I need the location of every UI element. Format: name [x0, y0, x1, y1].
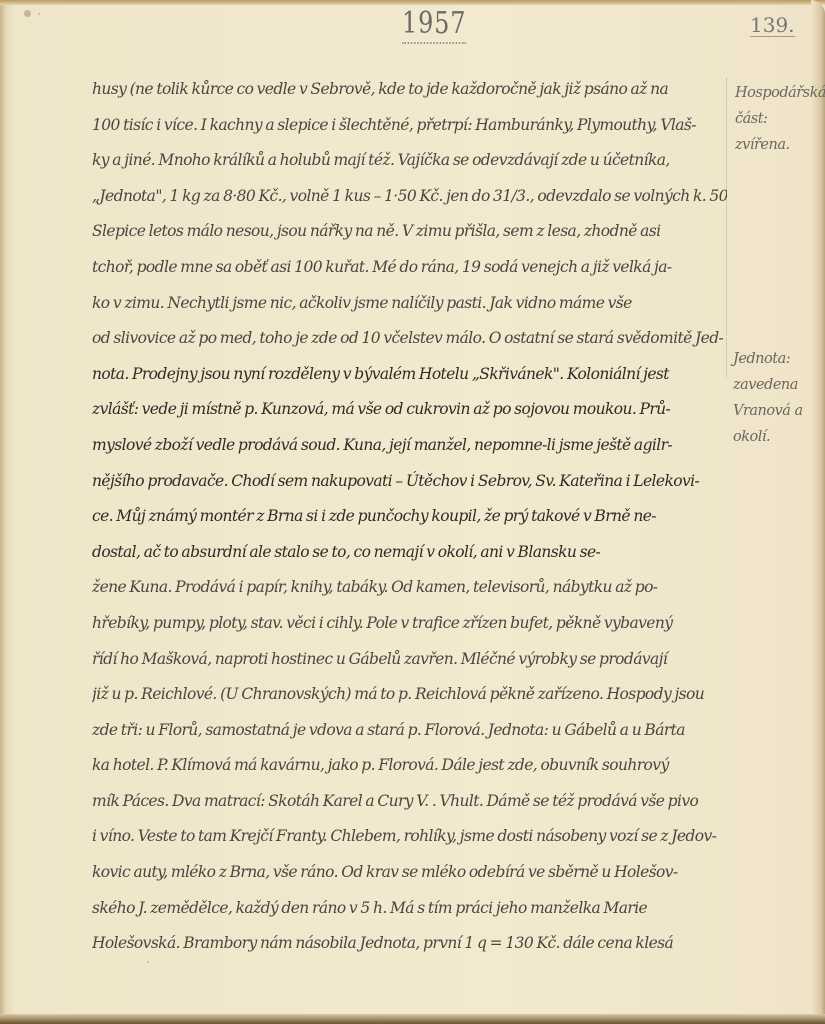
text-line: myslové zboží vedle prodává soud. Kuna, …	[92, 428, 727, 464]
text-line: ce. Můj známý montér z Brna si i zde pun…	[92, 499, 727, 535]
text-line: 100 tisíc i více. I kachny a slepice i š…	[92, 108, 727, 144]
margin-note-line: Vranová a	[733, 398, 803, 424]
margin-note-line: zavedena	[733, 372, 803, 398]
paper-stain	[38, 13, 40, 15]
text-line: dostal, ač to absurdní ale stalo se to, …	[92, 535, 727, 571]
text-line: „Jednota", 1 kg za 8·80 Kč., volně 1 kus…	[92, 179, 727, 215]
text-line: nějšího prodavače. Chodí sem nakupovati …	[92, 464, 727, 500]
text-line: od slivovice až po med, toho je zde od 1…	[92, 321, 727, 357]
text-line: zde tři: u Florů, samostatná je vdova a …	[92, 713, 727, 749]
page-number: 139.	[750, 14, 795, 37]
margin-note-line: okolí.	[733, 424, 803, 450]
text-line: i víno. Veste to tam Krejčí Franty. Chle…	[92, 819, 727, 855]
margin-note-line: Hospodářská	[735, 80, 825, 106]
text-line: mík Páces. Dva matrací: Skotáh Karel a C…	[92, 784, 727, 820]
text-line: ského J. zemědělce, každý den ráno v 5 h…	[92, 891, 727, 927]
text-line: ka hotel. P. Klímová má kavárnu, jako p.…	[92, 748, 727, 784]
margin-note-farming: Hospodářská část: zvířena.	[735, 80, 825, 158]
notebook-page: 1957 139. husy (ne tolik kůrce co vedle …	[0, 0, 825, 1024]
text-line: řídí ho Mašková, naproti hostinec u Gábe…	[92, 642, 727, 678]
text-line: hřebíky, pumpy, ploty, stav. věci i cihl…	[92, 606, 727, 642]
text-line: žene Kuna. Prodává i papír, knihy, tabák…	[92, 570, 727, 606]
text-line: již u p. Reichlové. (U Chranovských) má …	[92, 677, 727, 713]
text-line: ky a jiné. Mnoho králíků a holubů mají t…	[92, 143, 727, 179]
text-line: Slepice letos málo nesou, jsou nářky na …	[92, 214, 727, 250]
margin-note-line: Jednota:	[733, 346, 803, 372]
margin-note-line: část:	[735, 106, 825, 132]
handwritten-body: husy (ne tolik kůrce co vedle v Sebrově,…	[92, 72, 727, 962]
text-line: tchoř, podle mne sa oběť asi 100 kuřat. …	[92, 250, 727, 286]
text-line: nota. Prodejny jsou nyní rozděleny v býv…	[92, 357, 727, 393]
text-line: Holešovská. Brambory nám násobila Jednot…	[92, 926, 727, 962]
text-line: husy (ne tolik kůrce co vedle v Sebrově,…	[92, 72, 727, 108]
text-line: zvlášť: vede ji místně p. Kunzová, má vš…	[92, 392, 727, 428]
paper-stain	[24, 10, 31, 17]
margin-note-jednota: Jednota: zavedena Vranová a okolí.	[733, 346, 803, 450]
year-heading: 1957	[402, 8, 466, 44]
text-line: kovic auty, mléko z Brna, vše ráno. Od k…	[92, 855, 727, 891]
margin-note-line: zvířena.	[735, 132, 825, 158]
text-line: ko v zimu. Nechytli jsme nic, ačkoliv js…	[92, 286, 727, 322]
